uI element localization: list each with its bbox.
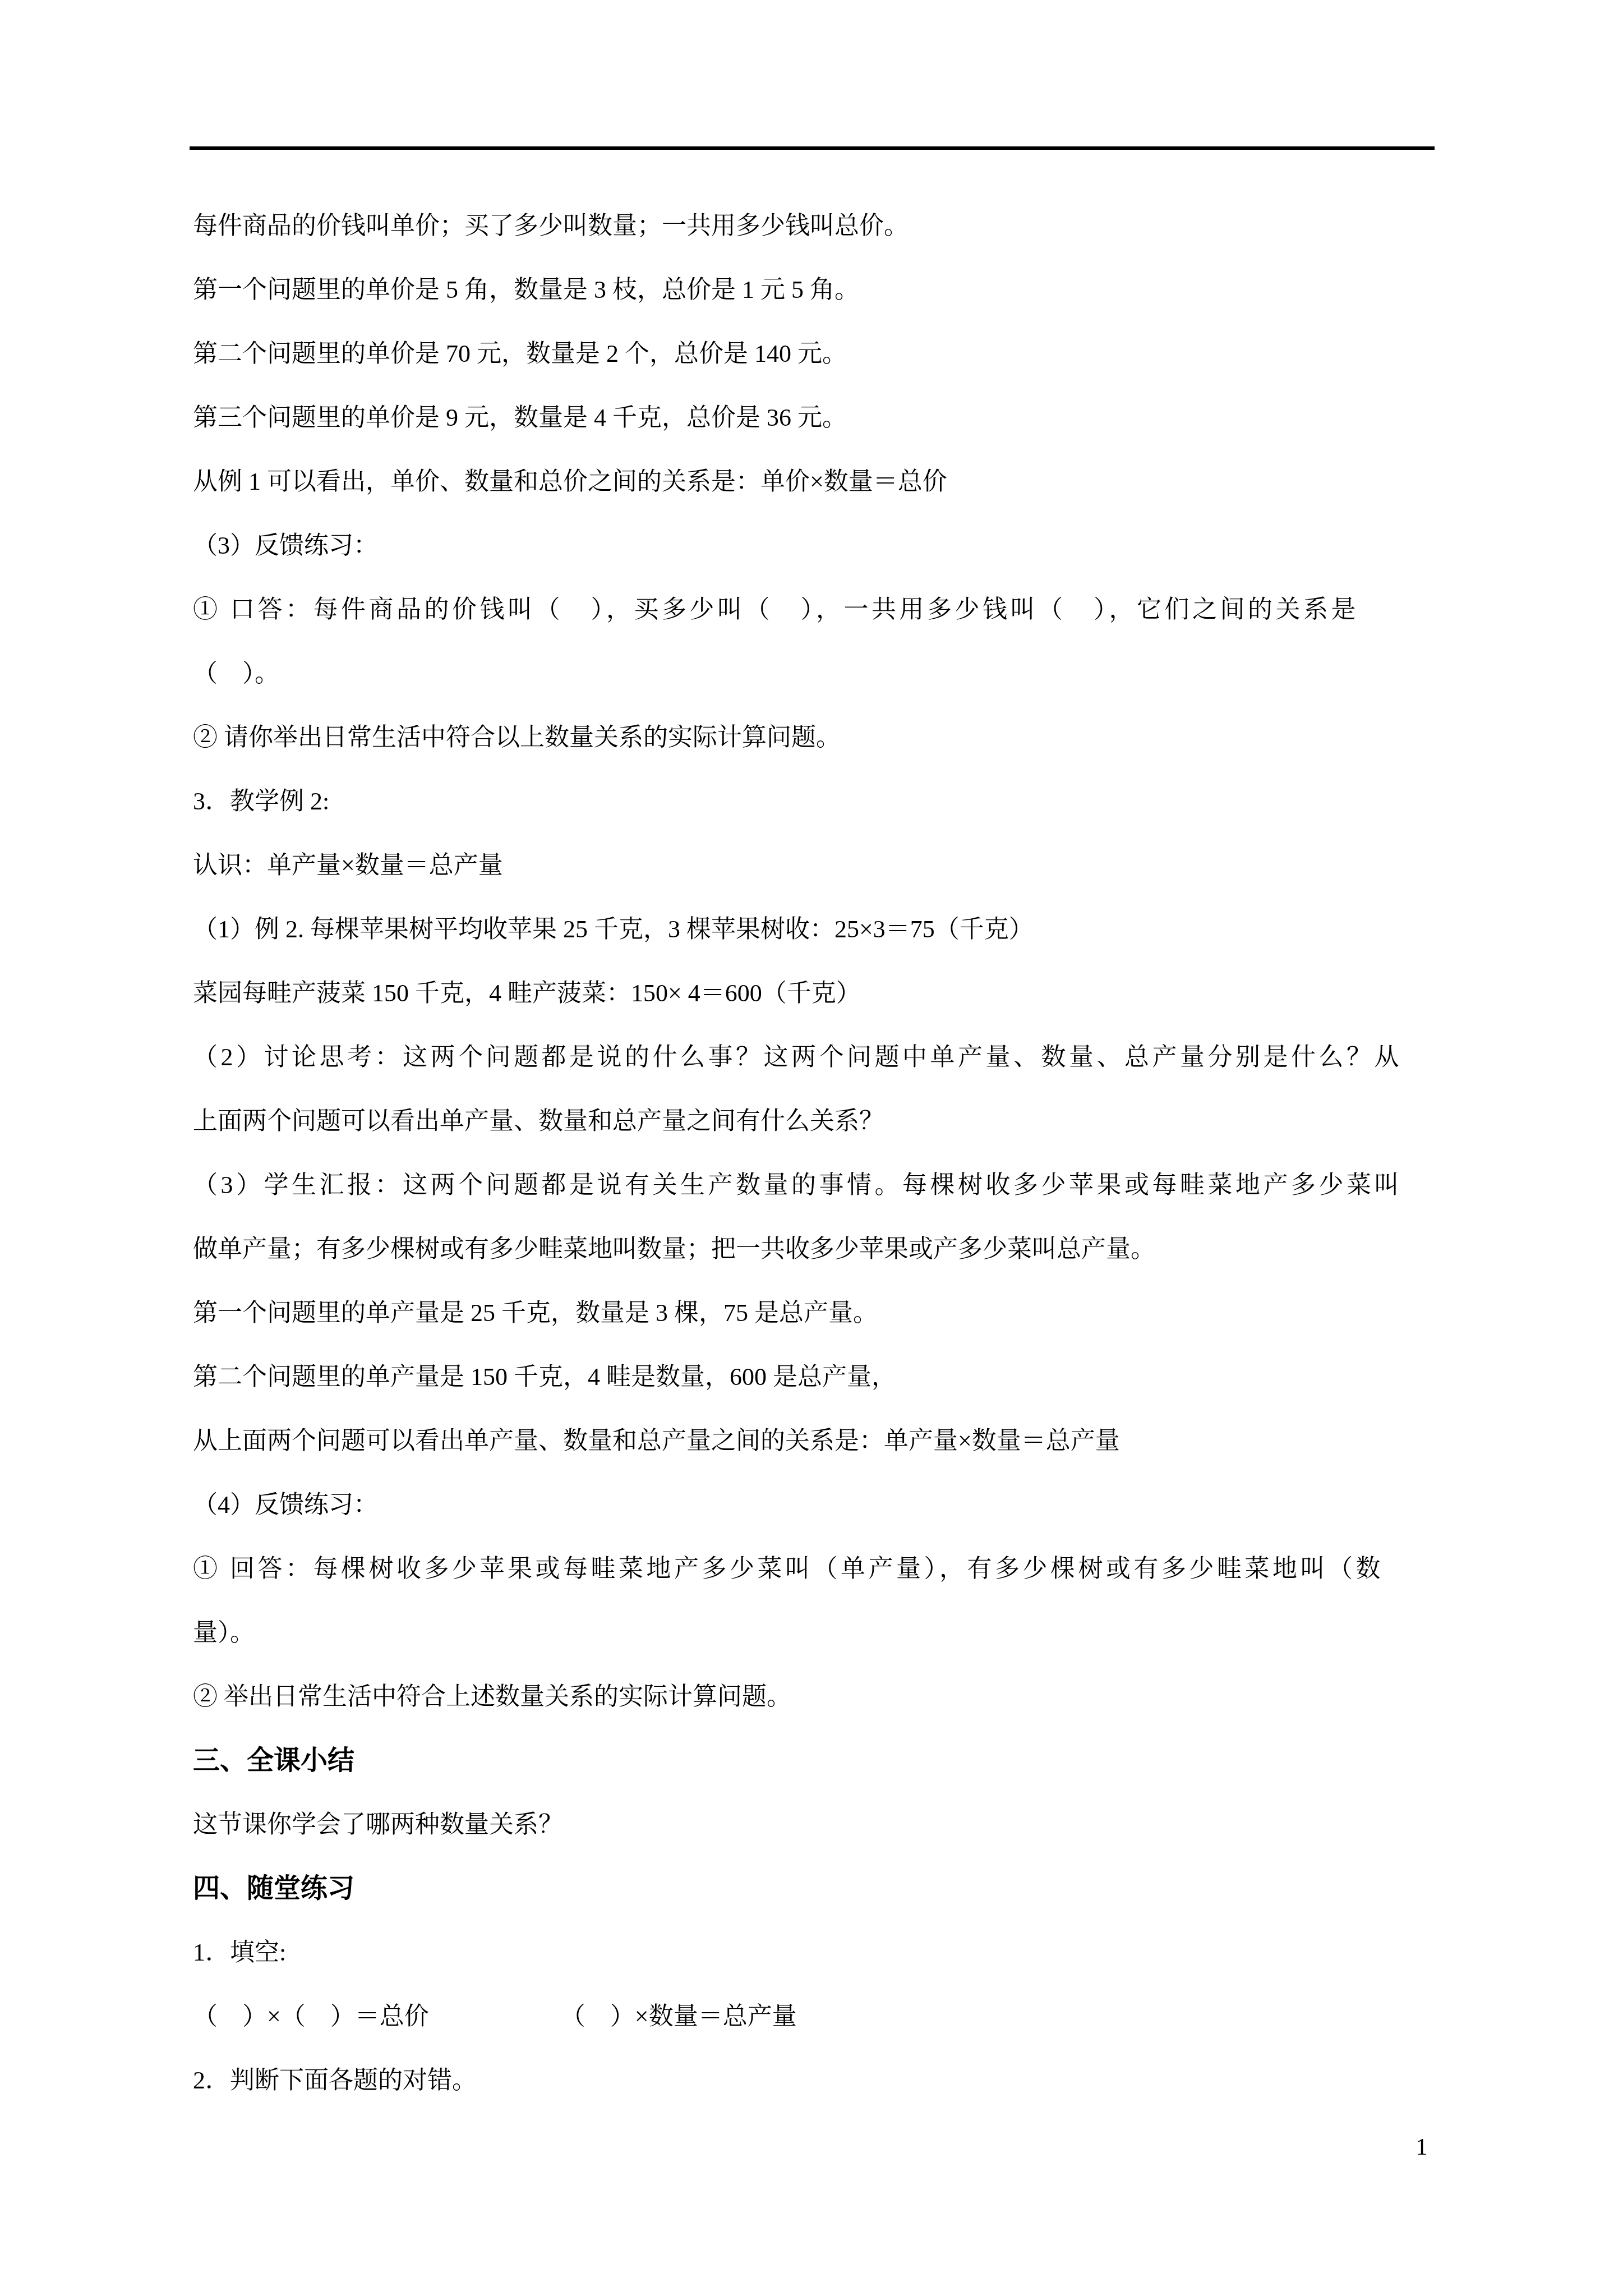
text-line: 从例 1 可以看出，单价、数量和总价之间的关系是：单价×数量＝总价	[193, 450, 1433, 514]
text-line: 第二个问题里的单产量是 150 千克，4 畦是数量，600 是总产量，	[193, 1345, 1433, 1409]
text-line: ② 举出日常生活中符合上述数量关系的实际计算问题。	[193, 1665, 1433, 1729]
text-line: ① 口答：每件商品的价钱叫（ ），买多少叫（ ），一共用多少钱叫（ ），它们之间…	[193, 578, 1433, 642]
text-line: 每件商品的价钱叫单价；买了多少叫数量；一共用多少钱叫总价。	[193, 194, 1433, 258]
text-line: 这节课你学会了哪两种数量关系？	[193, 1793, 1433, 1857]
text-line: 从上面两个问题可以看出单产量、数量和总产量之间的关系是：单产量×数量＝总产量	[193, 1409, 1433, 1473]
document-page: 每件商品的价钱叫单价；买了多少叫数量；一共用多少钱叫总价。第一个问题里的单价是 …	[0, 0, 1623, 2296]
fill-blank-formula: （ ）×数量＝总产量	[561, 2003, 797, 2030]
section-heading: 三、全课小结	[193, 1729, 1433, 1793]
text-line: 1．填空:	[193, 1921, 1433, 1985]
text-line: （ ）。	[193, 642, 1433, 706]
text-line: 第一个问题里的单价是 5 角，数量是 3 枝，总价是 1 元 5 角。	[193, 258, 1433, 322]
fill-blank-formula: （ ）×（ ）＝总价	[193, 2003, 429, 2030]
text-line: （ ）×（ ）＝总价（ ）×数量＝总产量	[193, 1985, 1433, 2049]
text-line: （2）讨论思考：这两个问题都是说的什么事？这两个问题中单产量、数量、总产量分别是…	[193, 1025, 1433, 1089]
text-line: 2．判断下面各题的对错。	[193, 2049, 1433, 2113]
text-line: 量）。	[193, 1601, 1433, 1665]
text-line: 3．教学例 2:	[193, 770, 1433, 834]
document-body: 每件商品的价钱叫单价；买了多少叫数量；一共用多少钱叫总价。第一个问题里的单价是 …	[193, 194, 1433, 2113]
header-rule	[190, 146, 1435, 150]
text-line: （1）例 2. 每棵苹果树平均收苹果 25 千克，3 棵苹果树收：25×3＝75…	[193, 898, 1433, 961]
text-line: 上面两个问题可以看出单产量、数量和总产量之间有什么关系？	[193, 1089, 1433, 1153]
text-line: ② 请你举出日常生活中符合以上数量关系的实际计算问题。	[193, 706, 1433, 770]
text-line: （3）学生汇报：这两个问题都是说有关生产数量的事情。每棵树收多少苹果或每畦菜地产…	[193, 1153, 1433, 1217]
text-line: 认识：单产量×数量＝总产量	[193, 834, 1433, 898]
formula-gap	[429, 2024, 561, 2024]
text-line: 第三个问题里的单价是 9 元，数量是 4 千克，总价是 36 元。	[193, 386, 1433, 450]
text-line: 菜园每畦产菠菜 150 千克，4 畦产菠菜：150× 4＝600（千克）	[193, 961, 1433, 1025]
text-line: （4）反馈练习：	[193, 1473, 1433, 1537]
text-line: ① 回答：每棵树收多少苹果或每畦菜地产多少菜叫（单产量），有多少棵树或有多少畦菜…	[193, 1537, 1433, 1601]
text-line: 第二个问题里的单价是 70 元，数量是 2 个，总价是 140 元。	[193, 322, 1433, 386]
page-number: 1	[1399, 2122, 1444, 2173]
text-line: （3）反馈练习：	[193, 514, 1433, 578]
text-line: 第一个问题里的单产量是 25 千克，数量是 3 棵，75 是总产量。	[193, 1281, 1433, 1345]
text-line: 做单产量；有多少棵树或有多少畦菜地叫数量；把一共收多少苹果或产多少菜叫总产量。	[193, 1217, 1433, 1281]
section-heading: 四、随堂练习	[193, 1857, 1433, 1921]
